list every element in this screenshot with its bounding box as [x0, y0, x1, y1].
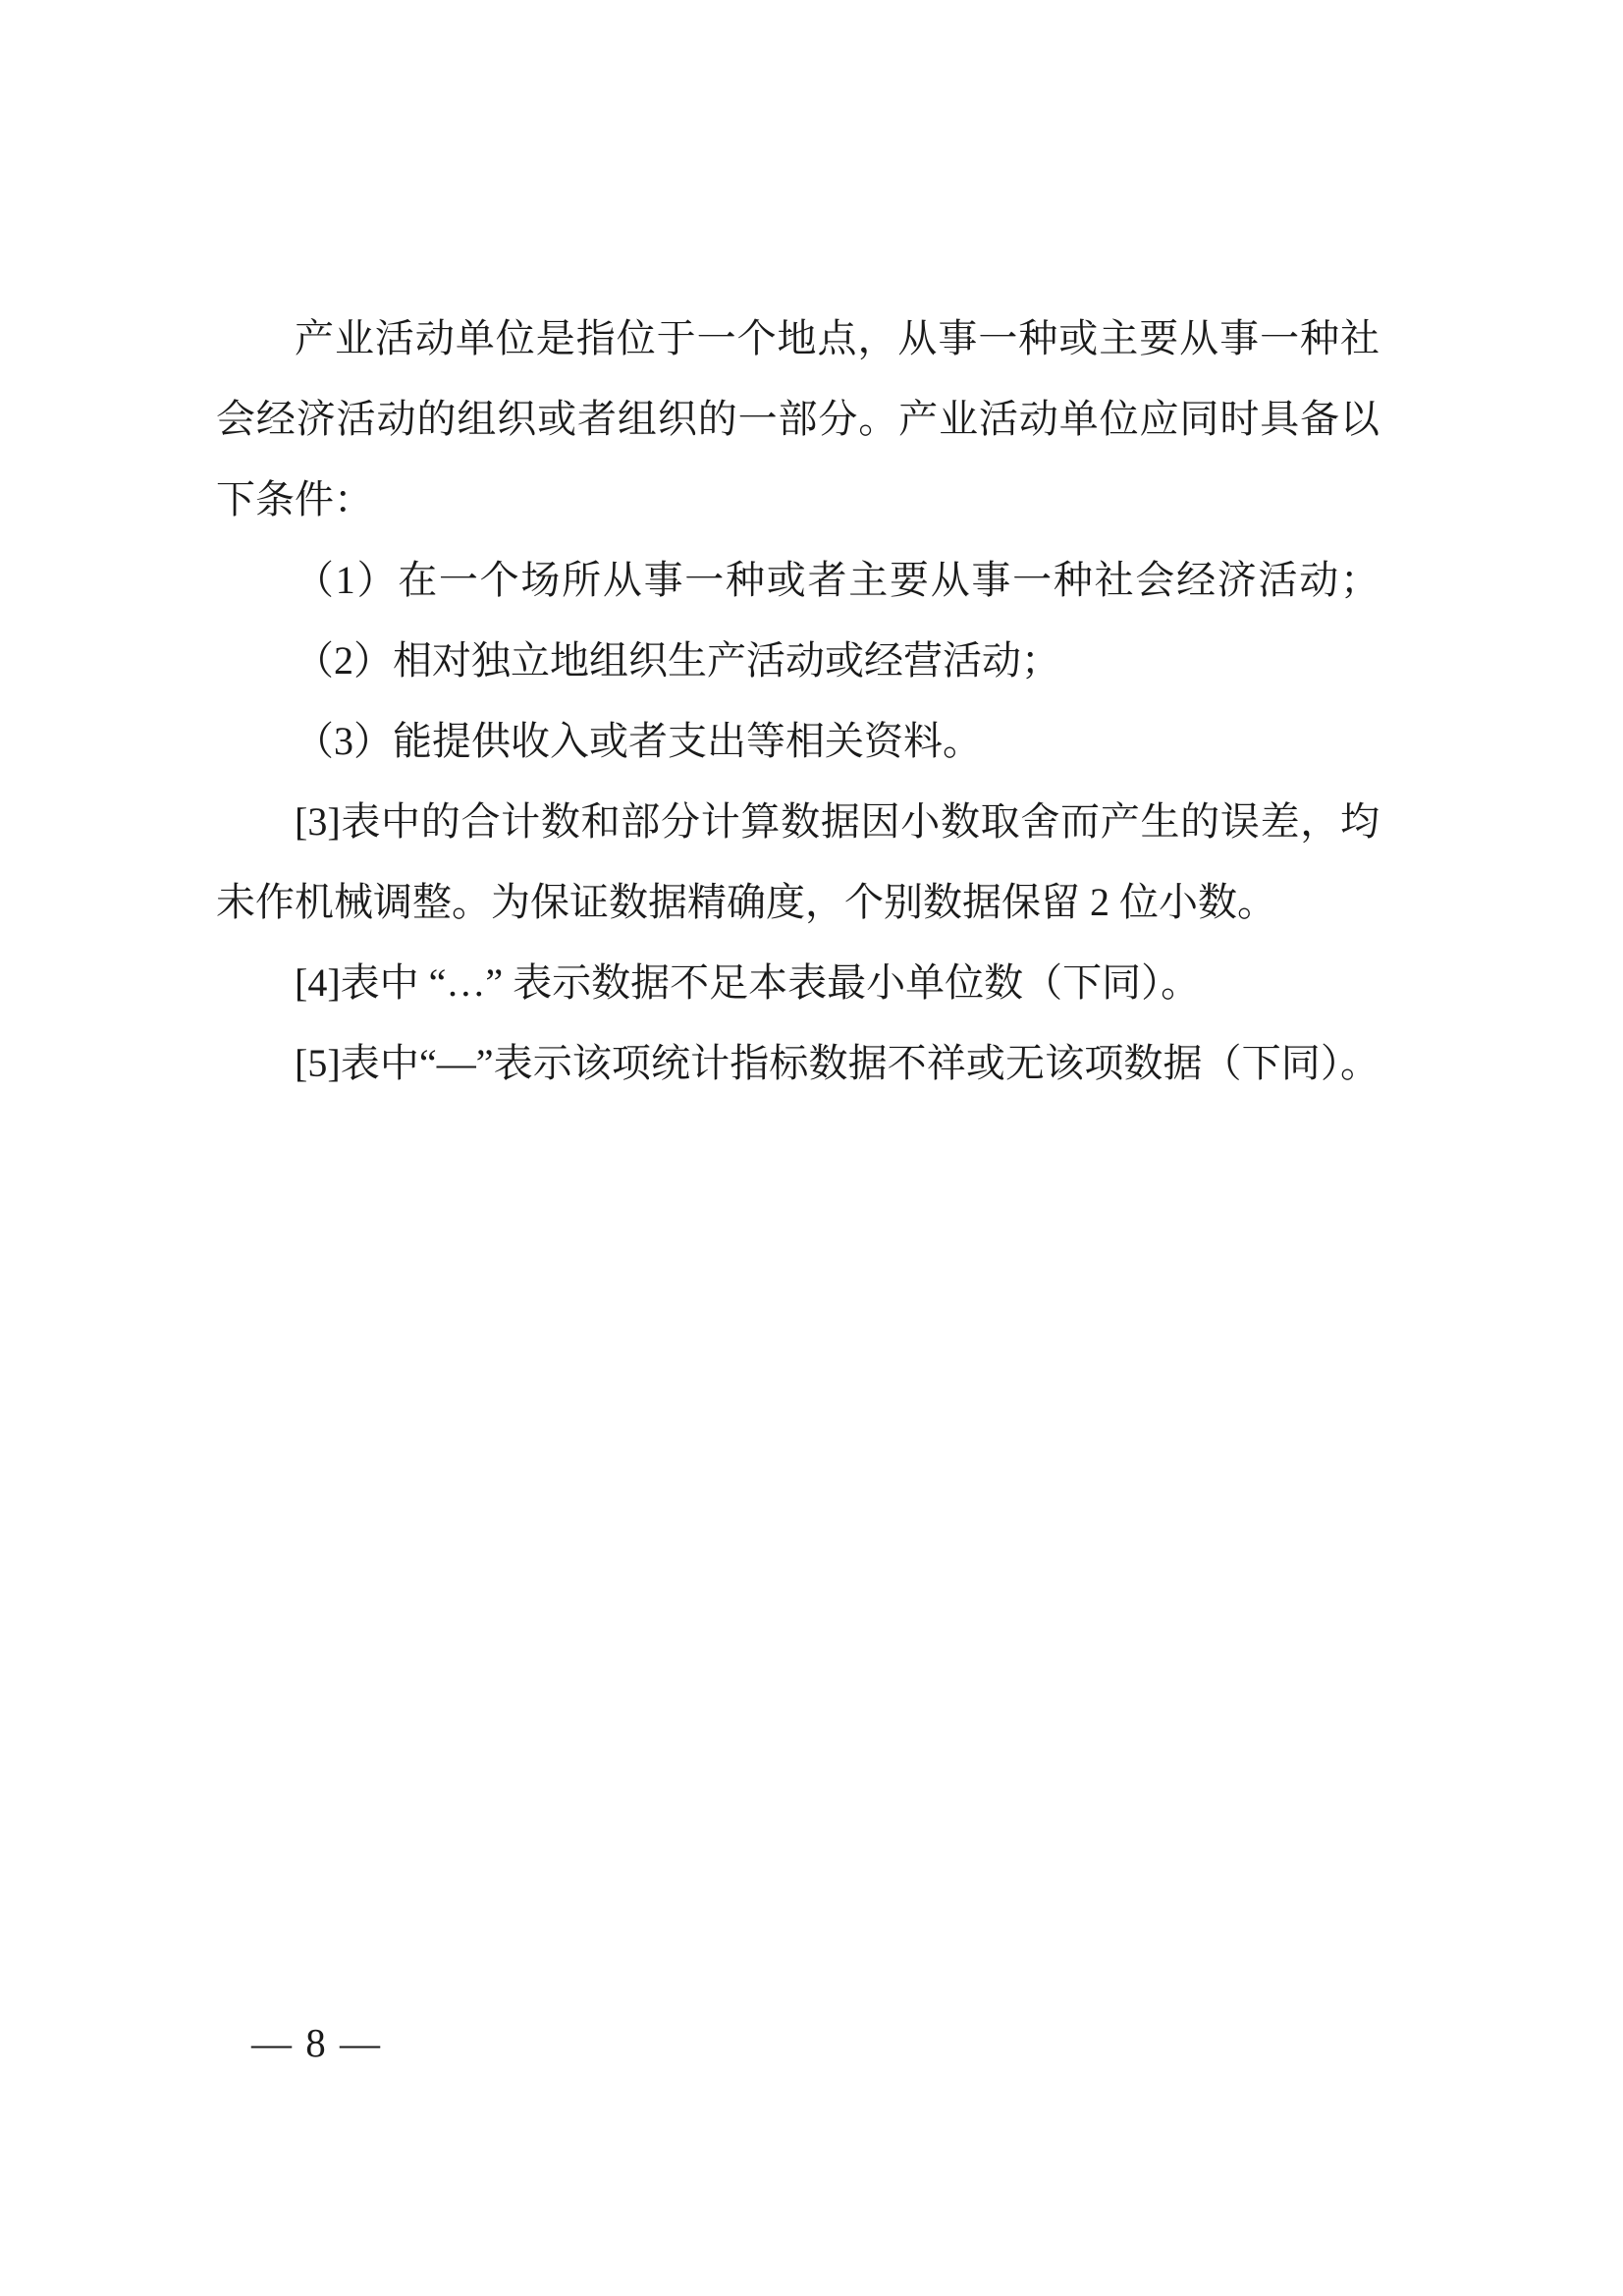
list-item-2: （2）相对独立地组织生产活动或经营活动；: [216, 621, 1380, 701]
note-3-line-2: 未作机械调整。为保证数据精确度，个别数据保留 2 位小数。: [216, 862, 1380, 943]
body-text: 产业活动单位是指位于一个地点，从事一种或主要从事一种社 会经济活动的组织或者组织…: [216, 299, 1380, 1104]
paragraph-1-line-1: 产业活动单位是指位于一个地点，从事一种或主要从事一种社: [216, 299, 1380, 379]
note-4: [4]表中 “…” 表示数据不足本表最小单位数（下同）。: [216, 943, 1380, 1023]
note-3-line-1: [3]表中的合计数和部分计算数据因小数取舍而产生的误差，均: [216, 782, 1380, 862]
paragraph-1-line-2: 会经济活动的组织或者组织的一部分。产业活动单位应同时具备以: [216, 379, 1380, 460]
document-page: 产业活动单位是指位于一个地点，从事一种或主要从事一种社 会经济活动的组织或者组织…: [0, 0, 1623, 2296]
note-5: [5]表中“—”表示该项统计指标数据不祥或无该项数据（下同）。: [216, 1023, 1380, 1104]
paragraph-1-line-3: 下条件：: [216, 460, 1380, 540]
list-item-3: （3）能提供收入或者支出等相关资料。: [216, 701, 1380, 782]
list-item-1: （1）在一个场所从事一种或者主要从事一种社会经济活动；: [216, 540, 1380, 621]
page-number: — 8 —: [251, 2021, 382, 2064]
